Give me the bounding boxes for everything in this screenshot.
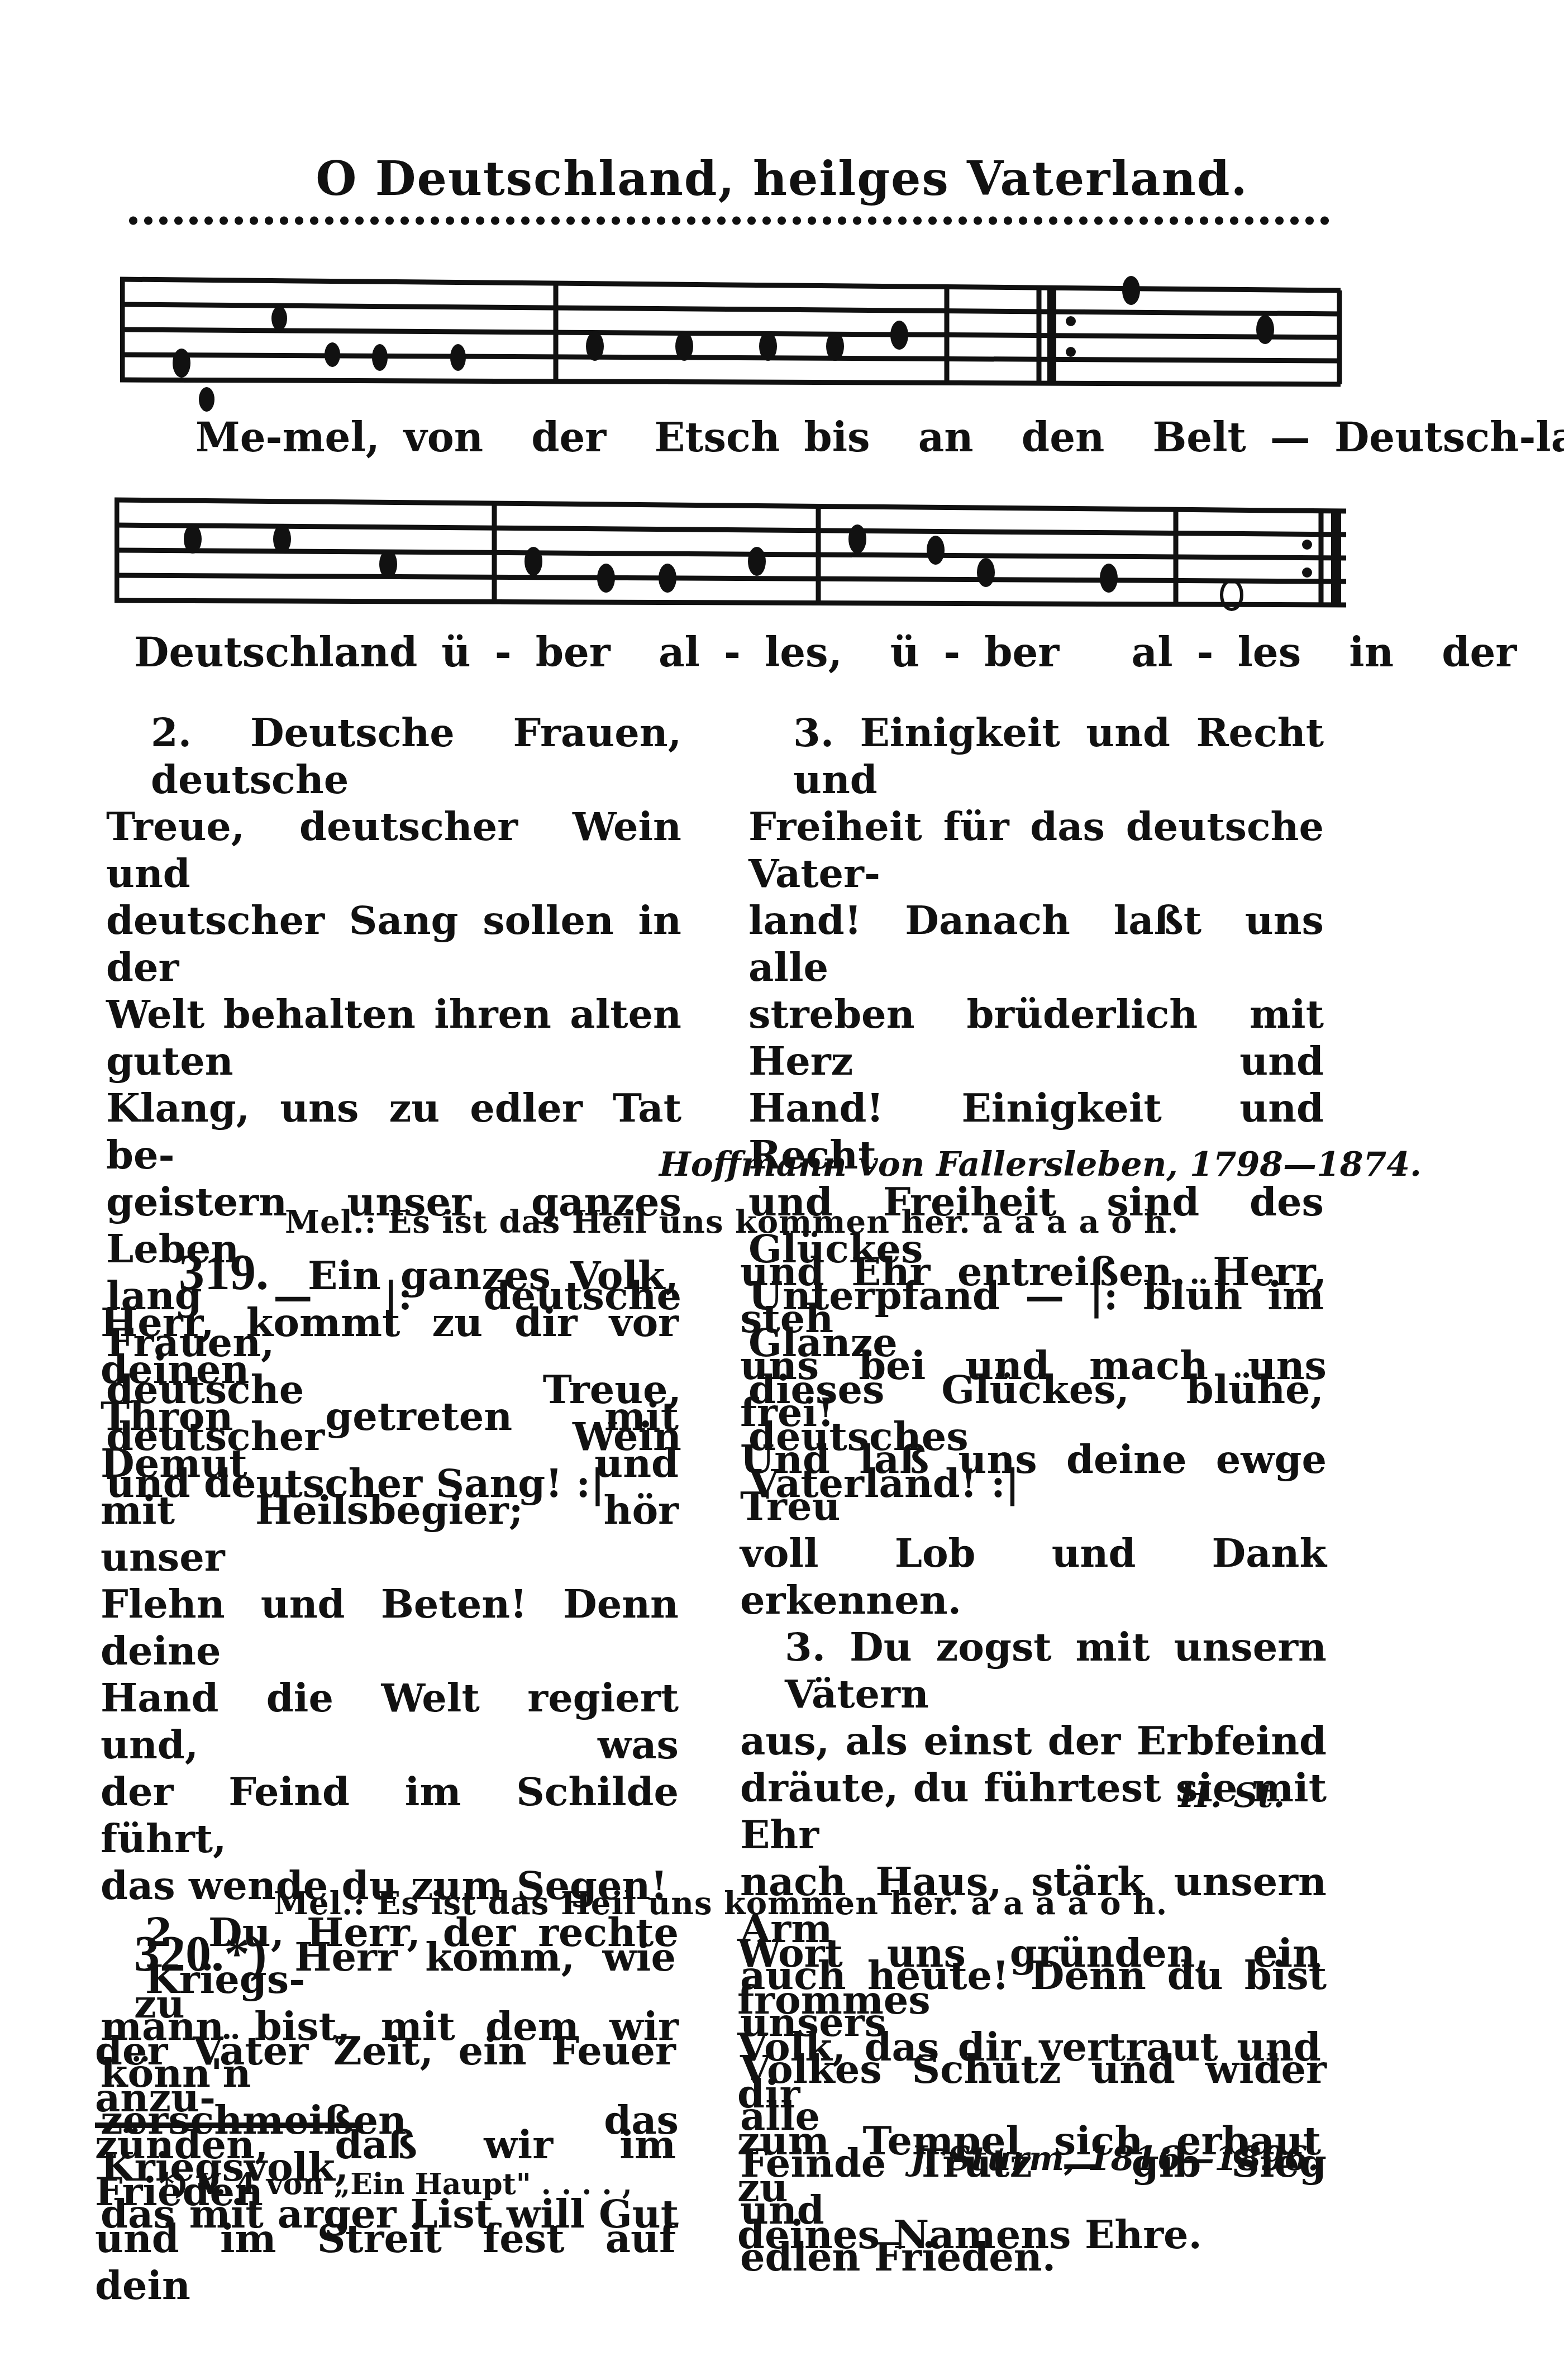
hymn-line: uns bei und mach uns frei! bbox=[740, 1342, 1327, 1436]
verse-line: Freiheit für das deutsche Vater- bbox=[748, 803, 1324, 897]
music-staff-1 bbox=[120, 274, 1343, 419]
hymn-line: der Väter Zeit, ein Feuer anzu- bbox=[95, 2028, 676, 2121]
hymn-line: Und laß uns deine ewge Treu bbox=[740, 1436, 1327, 1530]
hymn-line: 3. Du zogst mit unsern Vätern bbox=[740, 1624, 1327, 1718]
hymn-line: mit Heilsbegier; hör unser bbox=[101, 1487, 679, 1581]
hymn-line: Flehn und Beten! Denn deine bbox=[101, 1581, 679, 1675]
hymn-line: 319. Ein ganzes Volk, bbox=[101, 1248, 679, 1299]
verse-line: Treue, deutscher Wein und bbox=[106, 803, 681, 897]
hymn-319-author: H. St. bbox=[1179, 1776, 1285, 1815]
verse-line: Klang, uns zu edler Tat be- bbox=[106, 1085, 681, 1179]
staff-1-lyrics: Me-mel, von der Etsch bis an den Belt — … bbox=[195, 413, 1564, 461]
hymn-319-melody: Mel.: Es ist das Heil uns kommen her. a … bbox=[285, 1204, 1179, 1241]
song-title: O Deutschland, heilges Vaterland. bbox=[0, 151, 1564, 206]
hymn-line: Hand die Welt regiert und, was bbox=[101, 1675, 679, 1768]
hymn-line: der Feind im Schilde führt, bbox=[101, 1768, 679, 1862]
verse-line: deutscher Sang sollen in der bbox=[106, 897, 681, 991]
song-author: Hoffmann von Fallersleben, 1798—1874. bbox=[659, 1145, 1422, 1184]
hymn-line: Volk, das dir vertraut und dir bbox=[737, 2024, 1321, 2117]
hymn-line: 320.*) Herr komm, wie zu bbox=[95, 1930, 676, 2028]
hymn-line: deines Namens Ehre. bbox=[737, 2211, 1321, 2258]
hymn-line: und Ehr entreißen. Herr, steh bbox=[740, 1248, 1327, 1342]
staff-2-lyrics: Deutschland ü - ber al - les, ü - ber al… bbox=[134, 628, 1564, 676]
verse-line: Welt behalten ihren alten guten bbox=[106, 991, 681, 1085]
verse-line: land! Danach laßt uns alle bbox=[748, 897, 1324, 991]
hymn-320-melody: Mel.: Es ist das Heil uns kommen her. a … bbox=[274, 1885, 1167, 1922]
hymn-320-right: Wort uns gründen, ein frommes Volk, das … bbox=[737, 1930, 1321, 2258]
verse-line: 2. Deutsche Frauen, deutsche bbox=[106, 709, 681, 803]
footnote: *) V. 4 von „Ein Haupt" . . . . , bbox=[159, 2167, 632, 2201]
hymn-number: 319. bbox=[179, 1243, 269, 1300]
footnote-divider bbox=[95, 2123, 363, 2128]
verse-line: streben brüderlich mit Herz und bbox=[748, 991, 1324, 1085]
dotted-divider bbox=[126, 212, 1335, 229]
hymn-line: Herr, kommt zu dir vor deinen bbox=[101, 1299, 679, 1393]
hymn-line: voll Lob und Dank erkennen. bbox=[740, 1530, 1327, 1624]
music-staff-2 bbox=[115, 494, 1349, 640]
hymn-number: 320.*) bbox=[134, 1925, 267, 1982]
hymn-line: Thron getreten mit Demut und bbox=[101, 1393, 679, 1487]
hymn-line: und im Streit fest auf dein bbox=[95, 2215, 676, 2309]
hymnal-page: O Deutschland, heilges Vaterland. bbox=[0, 0, 1564, 2380]
verse-line: 3. Einigkeit und Recht und bbox=[748, 709, 1324, 803]
hymn-line: aus, als einst der Erbfeind bbox=[740, 1718, 1327, 1764]
hymn-line: Wort uns gründen, ein frommes bbox=[737, 1930, 1321, 2024]
hymn-320-author: J. Sturm, 1816—1896. bbox=[910, 2139, 1319, 2178]
hymn-320-left: 320.*) Herr komm, wie zu der Väter Zeit,… bbox=[95, 1930, 676, 2309]
